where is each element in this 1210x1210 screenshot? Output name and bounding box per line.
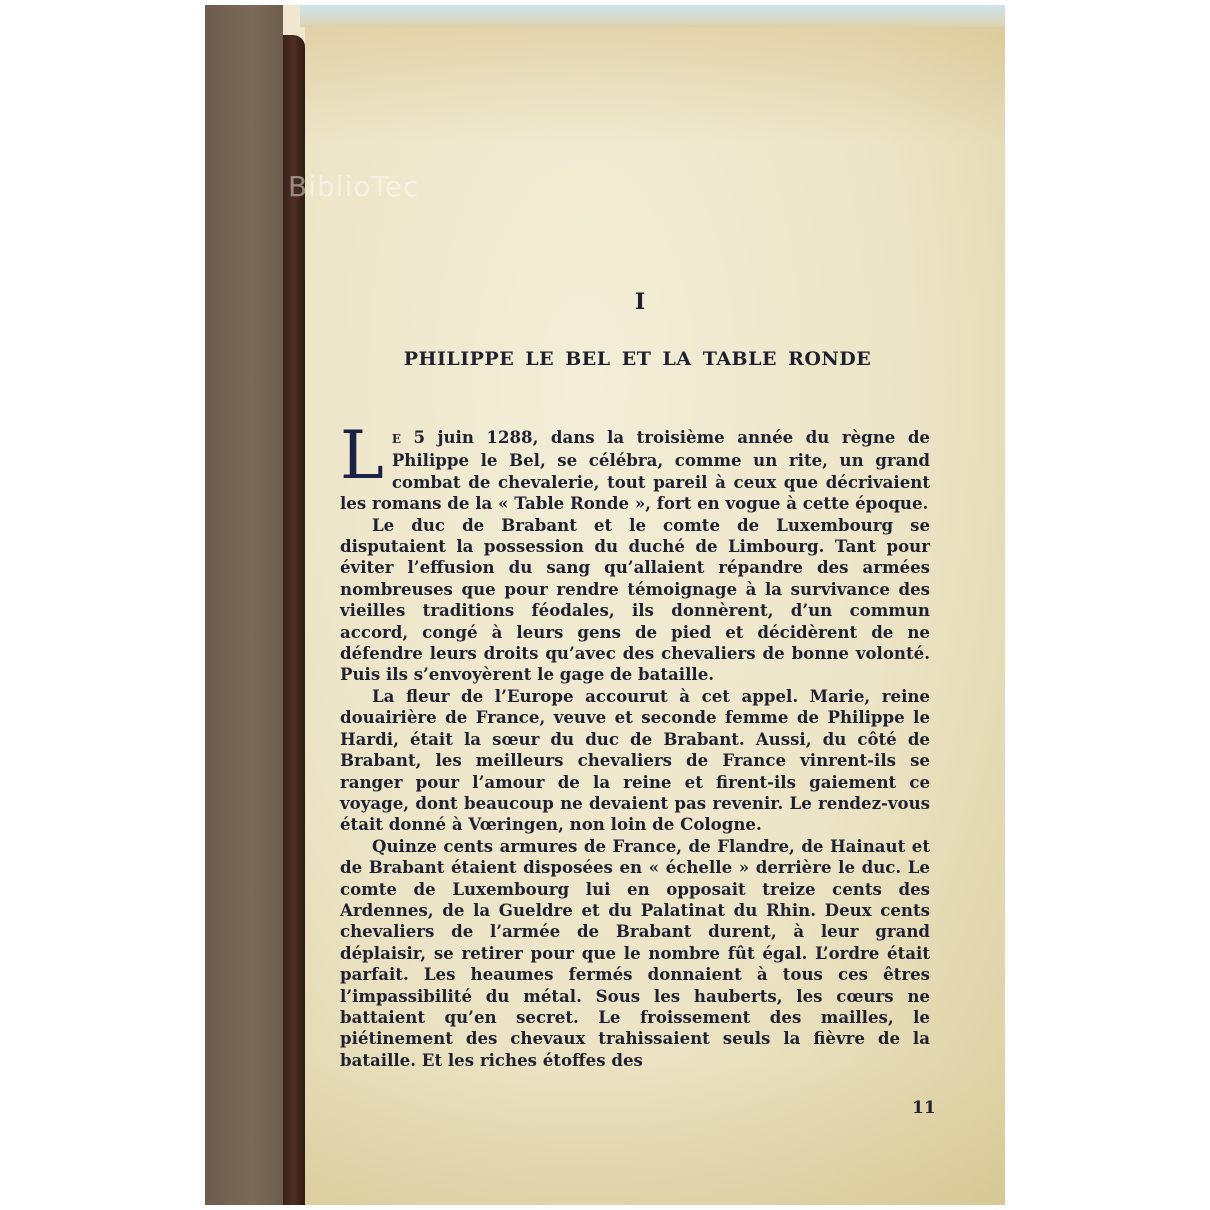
paragraph-3: La fleur de l’Europe accourut à cet appe… [340,686,930,836]
watermark: BiblioTec [288,170,419,203]
drop-cap: L [340,429,384,483]
body-text: LE 5 juin 1288, dans la troisième année … [340,427,930,1071]
table-surface [205,5,283,1205]
paragraph-2: Le duc de Brabant et le comte de Luxembo… [340,515,930,686]
paragraph-1: LE 5 juin 1288, dans la troisième année … [340,427,930,515]
page-number: 11 [912,1098,936,1118]
book-cover-edge [283,35,305,1205]
background-sky [300,5,1005,27]
small-cap: E [392,432,401,446]
chapter-number: I [340,289,940,315]
paragraph-4: Quinze cents armures de France, de Fland… [340,836,930,1071]
chapter-title: PHILIPPE LE BEL ET LA TABLE RONDE [340,348,935,370]
paragraph-1-text: 5 juin 1288, dans la troisième année du … [340,427,930,513]
